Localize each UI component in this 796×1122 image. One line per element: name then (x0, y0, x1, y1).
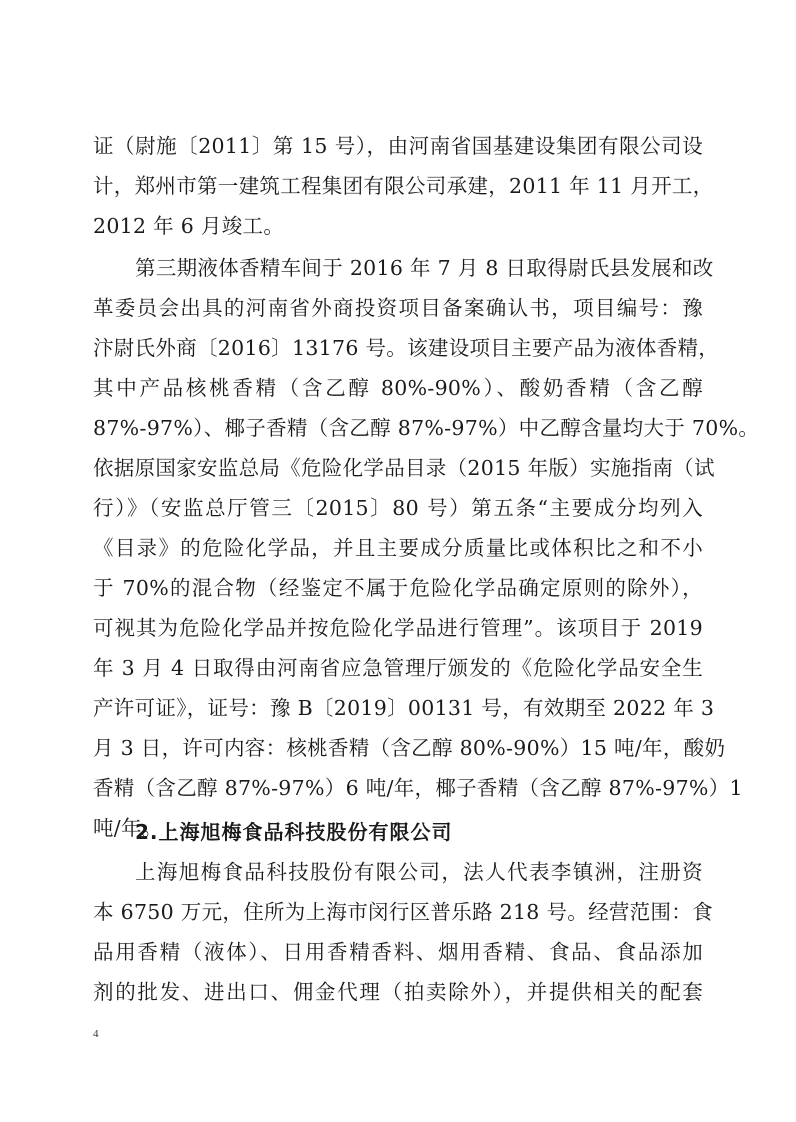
paragraph-2-line-4: 其中产品核桃香精（含乙醇 80%-90%）、酸奶香精（含乙醇 (93, 374, 703, 402)
paragraph-1-line-2: 计，郑州市第一建筑工程集团有限公司承建，2011 年 11 月开工， (93, 172, 703, 200)
document-page: 证（尉施〔2011〕第 15 号），由河南省国基建设集团有限公司设 计，郑州市第… (0, 0, 796, 1122)
paragraph-1-line-3: 2012 年 6 月竣工。 (93, 212, 703, 240)
section-paragraph-line-1: 上海旭梅食品科技股份有限公司，法人代表李镇洲，注册资 (135, 858, 703, 886)
paragraph-2-line-10: 可视其为危险化学品并按危险化学品进行管理”。该项目于 2019 (93, 614, 703, 642)
paragraph-2-line-1: 第三期液体香精车间于 2016 年 7 月 8 日取得尉氏县发展和改 (135, 254, 703, 282)
section-paragraph-line-4: 剂的批发、进出口、佣金代理（拍卖除外），并提供相关的配套 (93, 978, 703, 1006)
paragraph-2-line-14: 香精（含乙醇 87%-97%）6 吨/年，椰子香精（含乙醇 87%-97%）1 (93, 774, 703, 802)
section-paragraph-line-2: 本 6750 万元，住所为上海市闵行区普乐路 218 号。经营范围：食 (93, 898, 703, 926)
section-heading: 2.上海旭梅食品科技股份有限公司 (135, 818, 703, 846)
paragraph-1-line-1: 证（尉施〔2011〕第 15 号），由河南省国基建设集团有限公司设 (93, 132, 703, 160)
page-number: 4 (93, 1028, 99, 1040)
paragraph-2-line-5: 87%-97%）、椰子香精（含乙醇 87%-97%）中乙醇含量均大于 70%。 (93, 414, 703, 442)
paragraph-2-line-2: 革委员会出具的河南省外商投资项目备案确认书，项目编号：豫 (93, 294, 703, 322)
paragraph-2-line-9: 于 70%的混合物（经鉴定不属于危险化学品确定原则的除外）， (93, 574, 703, 602)
paragraph-2-line-12: 产许可证》，证号：豫 B〔2019〕00131 号，有效期至 2022 年 3 (93, 694, 703, 722)
paragraph-2-line-11: 年 3 月 4 日取得由河南省应急管理厅颁发的《危险化学品安全生 (93, 654, 703, 682)
paragraph-2-line-7: 行）》（安监总厅管三〔2015〕80 号）第五条“主要成分均列入 (93, 494, 703, 522)
section-paragraph-line-3: 品用香精（液体）、日用香精香料、烟用香精、食品、食品添加 (93, 938, 703, 966)
paragraph-2-line-6: 依据原国家安监总局《危险化学品目录（2015 年版）实施指南（试 (93, 454, 703, 482)
paragraph-2-line-3: 汴尉氏外商〔2016〕13176 号。该建设项目主要产品为液体香精， (93, 334, 703, 362)
paragraph-2-line-13: 月 3 日，许可内容：核桃香精（含乙醇 80%-90%）15 吨/年，酸奶 (93, 734, 703, 762)
paragraph-2-line-8: 《目录》的危险化学品，并且主要成分质量比或体积比之和不小 (93, 534, 703, 562)
